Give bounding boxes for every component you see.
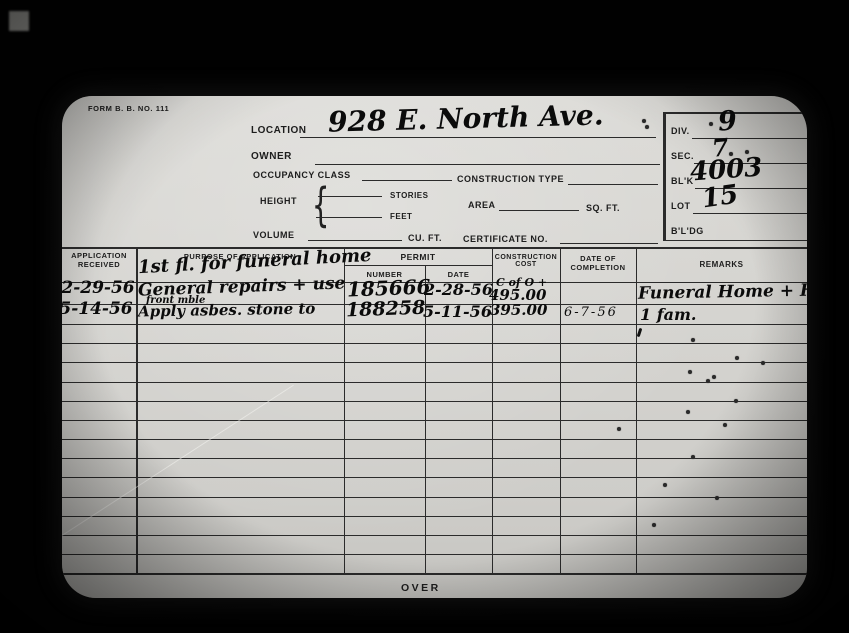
scan-artifact-square <box>9 11 29 31</box>
div-line <box>692 138 807 139</box>
dust-speck <box>642 119 646 123</box>
row2-completion: 6-7-56 <box>564 306 618 319</box>
occupancy-line <box>362 180 452 181</box>
dust-speck <box>729 152 733 156</box>
col-completion-l2: COMPLETION <box>571 263 626 272</box>
over-label: OVER <box>401 582 441 594</box>
construction-type-label: CONSTRUCTION TYPE <box>457 174 564 184</box>
table-row-line <box>62 516 807 517</box>
table-row-line <box>62 535 807 536</box>
table-row-line <box>62 573 807 575</box>
dust-speck <box>691 455 695 459</box>
pen-mark <box>637 328 643 337</box>
dust-speck <box>706 379 710 383</box>
col-cost-l1: CONSTRUCTION <box>495 254 557 261</box>
feet-label: FEET <box>390 212 412 221</box>
row1-received: 2-29-56 <box>62 280 136 297</box>
dust-speck <box>745 150 749 154</box>
occupancy-class-label: OCCUPANCY CLASS <box>253 170 351 180</box>
col-date-header: DATE <box>425 270 492 279</box>
scratch-line <box>62 385 294 549</box>
table-row-line <box>62 362 807 363</box>
dust-speck <box>761 361 765 365</box>
row2-remarks: 1 fam. <box>640 307 696 323</box>
height-brace: { <box>312 178 330 232</box>
row2-permit-number: 188258 <box>346 299 426 321</box>
form-number: FORM B. B. NO. 111 <box>88 104 169 113</box>
table-row-line <box>62 382 807 383</box>
row2-purpose: Apply asbes. stone to <box>138 301 316 319</box>
col-completion-header: DATE OF COMPLETION <box>560 254 636 272</box>
col-cost-header: CONSTRUCTION COST <box>492 254 560 268</box>
location-value: 928 E. North Ave. <box>328 101 604 136</box>
stories-label: STORIES <box>390 191 428 200</box>
table-row-line <box>62 477 807 478</box>
table-row-line <box>62 420 807 421</box>
div-label: DIV. <box>671 126 690 136</box>
dust-speck <box>645 125 649 129</box>
col-received-l1: APPLICATION <box>71 251 127 260</box>
bldg-line <box>663 240 807 241</box>
dust-speck <box>691 338 695 342</box>
dust-speck <box>688 370 692 374</box>
col-received-header: APPLICATION RECEIVED <box>62 251 136 269</box>
table-row-line <box>62 324 807 325</box>
table-row-line <box>62 247 807 249</box>
dust-speck <box>734 399 738 403</box>
height-label: HEIGHT <box>260 196 297 206</box>
permit-card: FORM B. B. NO. 111 LOCATION 928 E. North… <box>62 96 807 598</box>
owner-label: OWNER <box>251 151 292 162</box>
row2-permit-date: 5-11-56 <box>423 304 492 320</box>
table-row-line <box>62 343 807 344</box>
certificate-line <box>560 243 658 244</box>
stories-line <box>318 196 382 197</box>
dust-speck <box>723 423 727 427</box>
dust-speck <box>712 375 716 379</box>
area-label: AREA <box>468 200 496 210</box>
dust-speck <box>715 496 719 500</box>
table-row-line <box>62 554 807 555</box>
table-row-line <box>62 497 807 498</box>
table-row-line <box>62 439 807 440</box>
dust-speck <box>709 122 713 126</box>
bldg-label: B'L'DG <box>671 226 704 236</box>
construction-type-line <box>568 184 658 185</box>
volume-label: VOLUME <box>253 230 295 240</box>
sqft-label: SQ. FT. <box>586 203 620 213</box>
table-vline-2 <box>344 247 345 573</box>
table-vline-6 <box>636 247 637 573</box>
dust-speck <box>686 410 690 414</box>
table-vline-5 <box>560 247 561 573</box>
location-label: LOCATION <box>251 125 306 136</box>
microfilm-scan: FORM B. B. NO. 111 LOCATION 928 E. North… <box>0 0 849 633</box>
col-completion-l1: DATE OF <box>580 254 616 263</box>
volume-line <box>308 240 402 241</box>
col-received-l2: RECEIVED <box>78 260 120 269</box>
dust-speck <box>617 427 621 431</box>
col-remarks-header: REMARKS <box>636 260 807 269</box>
row1-remarks: Funeral Home + Hea <box>638 282 807 302</box>
parcel-box-left-border <box>663 112 666 241</box>
area-line <box>499 210 579 211</box>
row2-cost: 395.00 <box>490 303 547 318</box>
certificate-label: CERTIFICATE NO. <box>463 234 548 244</box>
dust-speck <box>663 483 667 487</box>
dust-speck <box>735 356 739 360</box>
lot-label: LOT <box>671 201 691 211</box>
col-cost-l2: COST <box>515 261 536 268</box>
dust-speck <box>652 523 656 527</box>
table-row-line <box>62 401 807 402</box>
row2-received: 5-14-56 <box>62 301 134 318</box>
feet-line <box>316 217 382 218</box>
owner-line <box>315 164 660 165</box>
table-row-line <box>62 458 807 459</box>
cuft-label: CU. FT. <box>408 233 442 243</box>
lot-value: 15 <box>700 182 739 213</box>
row1-permit-date: 2-28-56 <box>424 282 493 298</box>
